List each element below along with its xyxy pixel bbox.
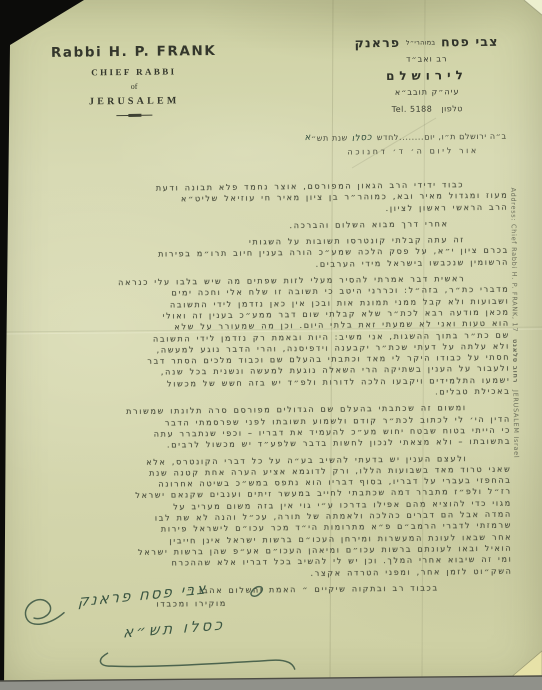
paragraph-explanation: ראשית דבר אמרתי להסיר מעלי לזות שפתים מה…	[56, 273, 510, 402]
phone-line: Tel. 5188 טלפון	[338, 104, 516, 115]
letterhead-divider	[116, 114, 152, 117]
phone-number: Tel. 5188	[392, 105, 433, 114]
paragraph-apology: ומשום זה שכתבתי בהעלם שם הגדולים מפורסם …	[58, 402, 511, 452]
paragraph-salutation: כבוד ידידי הרב הגאון המפורסם, אוצר נחמד …	[55, 179, 508, 218]
handwritten-year: א	[304, 133, 312, 144]
margin-address-en-suffix: JERUSALEM Israel	[512, 390, 521, 458]
dateline-month-label: לחדש	[377, 133, 399, 142]
letter-page: Rabbi H. P. FRANK CHIEF RABBI of JERUSAL…	[0, 0, 542, 690]
dateline-dots: ........	[399, 133, 424, 142]
paragraph-greeting: אחרי דרך מבוא השלום והברכה.	[56, 218, 509, 234]
handwritten-month: כסלו	[352, 132, 373, 144]
letterhead-of: of	[26, 81, 242, 92]
name-last: פראנק	[354, 35, 400, 51]
paragraph-halacha: ולעצם הענין יש בדעתי להשיב בע״ה על כל דב…	[58, 452, 512, 581]
body-line: אחרי דרך מבוא השלום והברכה.	[56, 218, 509, 234]
name-patronymic: במוהרי״ל	[406, 38, 436, 46]
letterhead-title-en: CHIEF RABBI	[26, 66, 242, 78]
letterhead-title-he: רב ואב״ד	[338, 54, 516, 65]
dateline-line2: אור ליום ה׳ ד׳ דחנוכה	[304, 146, 478, 157]
paragraph-receipt: זה עתה קבלתי קונטרסו תשובות על השגותיבכר…	[56, 234, 509, 273]
phone-label: טלפון	[441, 104, 463, 113]
letterhead-english: Rabbi H. P. FRANK CHIEF RABBI of JERUSAL…	[26, 43, 243, 118]
page-content: Rabbi H. P. FRANK CHIEF RABBI of JERUSAL…	[0, 0, 542, 690]
letterhead-name-he: צבי פסח במוהרי״ל פראנק	[337, 34, 515, 51]
letterhead-hebrew: צבי פסח במוהרי״ל פראנק רב ואב״ד לירושלם …	[337, 34, 516, 115]
dateline: ב״ה ירושלם ת״ו, יום........לחדש כסלו שנת…	[304, 132, 507, 157]
dateline-bh: ב״ה ירושלם ת״ו, יום	[424, 132, 507, 142]
name-first: צבי פסח	[441, 34, 499, 50]
dateline-line1: ב״ה ירושלם ת״ו, יום........לחדש כסלו שנת…	[304, 132, 506, 144]
letterhead-holy-city: עיה״ק תובב״א	[338, 87, 516, 98]
margin-address-en-prefix: Address: Chief Rabbi H. P. FRANK, 17	[509, 188, 519, 333]
dateline-year-label: שנת תש״	[311, 133, 348, 142]
margin-address-street: רחוב סלאנט	[511, 339, 520, 383]
scanned-letter: Rabbi H. P. FRANK CHIEF RABBI of JERUSAL…	[0, 0, 542, 690]
letterhead-city-en: JERUSALEM	[26, 95, 242, 108]
underline-swoosh	[100, 651, 294, 671]
handwritten-date-note: כסלו תש״א	[92, 613, 256, 644]
letterhead-name-en: Rabbi H. P. FRANK	[26, 43, 242, 61]
letter-body: כבוד ידידי הרב הגאון המפורסם, אוצר נחמד …	[55, 179, 513, 612]
letterhead-city-he: לירושלם	[338, 68, 516, 84]
